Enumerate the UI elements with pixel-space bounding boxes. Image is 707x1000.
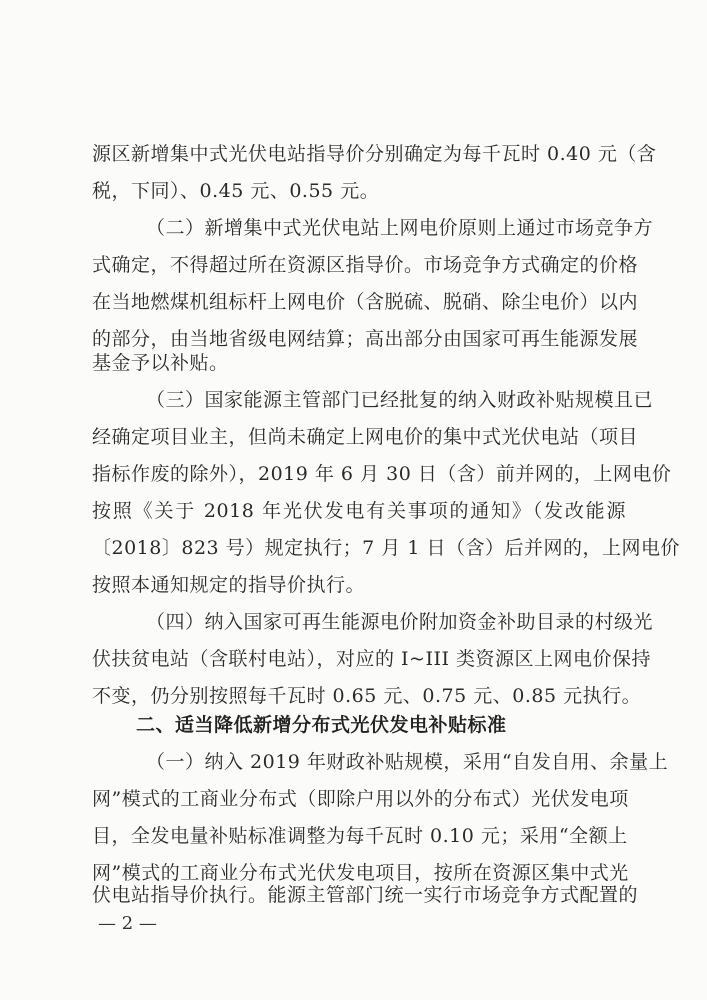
text-line: 经确定项目业主，但尚未确定上网电价的集中式光伏电站（项目	[92, 422, 626, 452]
text-line: 按照《关于 2018 年光伏发电有关事项的通知》（发改能源	[92, 496, 626, 526]
text-line: 在当地燃煤机组标杆上网电价（含脱硫、脱硝、除尘电价）以内	[92, 287, 626, 317]
section-heading: 二、适当降低新增分布式光伏发电补贴标准	[136, 710, 507, 740]
text-line: 目，全发电量补贴标准调整为每千瓦时 0.10 元；采用“全额上	[92, 821, 626, 851]
text-line: 按照本通知规定的指导价执行。	[92, 570, 626, 600]
text-line: 指标作废的除外），2019 年 6 月 30 日（含）前并网的，上网电价	[92, 459, 626, 489]
text-line: 网”模式的工商业分布式（即除户用以外的分布式）光伏发电项	[92, 784, 626, 814]
paragraph-start: （三）国家能源主管部门已经批复的纳入财政补贴规模且已	[146, 385, 626, 415]
text-line: 不变，仍分别按照每千瓦时 0.65 元、0.75 元、0.85 元执行。	[92, 681, 626, 711]
text-line: 伏电站指导价执行。能源主管部门统一实行市场竞争方式配置的	[92, 880, 626, 910]
text-line: 基金予以补贴。	[92, 348, 626, 378]
document-page: 源区新增集中式光伏电站指导价分别确定为每千瓦时 0.40 元（含 税，下同）、0…	[0, 0, 707, 1000]
text-line: 伏扶贫电站（含联村电站），对应的 I~III 类资源区上网电价保持	[92, 644, 626, 674]
paragraph-start: （二）新增集中式光伏电站上网电价原则上通过市场竞争方	[146, 213, 626, 243]
paragraph-start: （一）纳入 2019 年财政补贴规模，采用“自发自用、余量上	[146, 747, 626, 777]
text-line: 式确定，不得超过所在资源区指导价。市场竞争方式确定的价格	[92, 250, 626, 280]
paragraph-start: （四）纳入国家可再生能源电价附加资金补助目录的村级光	[146, 607, 626, 637]
text-line: 源区新增集中式光伏电站指导价分别确定为每千瓦时 0.40 元（含	[92, 139, 626, 169]
text-line: 〔2018〕823 号）规定执行；7 月 1 日（含）后并网的，上网电价	[92, 533, 626, 563]
page-number: — 2 —	[98, 912, 157, 936]
text-line: 税，下同）、0.45 元、0.55 元。	[92, 176, 626, 206]
